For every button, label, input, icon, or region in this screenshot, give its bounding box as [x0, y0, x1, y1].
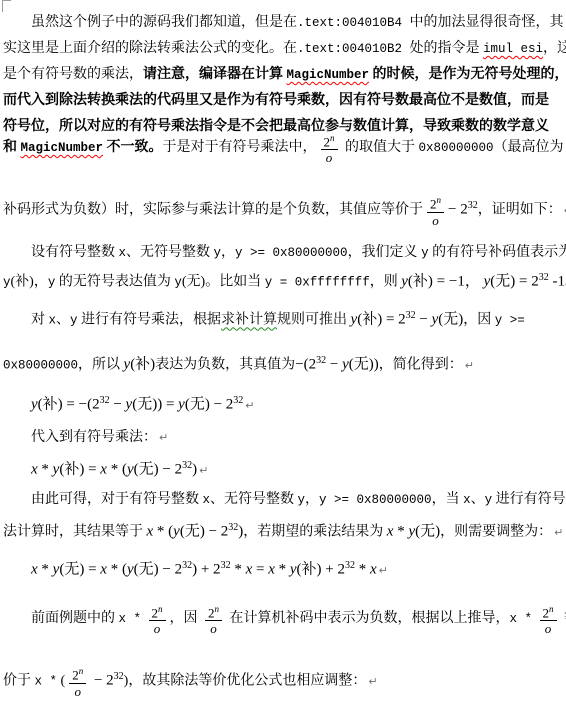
- math-superscript: 32: [114, 671, 124, 682]
- text-span: 、无符号整数: [210, 492, 298, 507]
- text-span: (: [57, 674, 65, 689]
- math-text: *: [275, 562, 290, 578]
- math-variable: y: [173, 524, 180, 540]
- fraction-exponent: n: [79, 666, 84, 676]
- paragraph-mark: ↵: [199, 464, 208, 477]
- document-page: { "page": { "background": "#ffffff" }, "…: [0, 0, 566, 709]
- text-line-math-continuation: 法计算时，其结果等于 x * (y(无) − 232)，若期望的乘法结果为 x …: [3, 513, 563, 548]
- math-text: -1: [549, 274, 565, 290]
- text-span: 设有符号整数: [31, 245, 119, 260]
- math-fraction: 2no: [69, 664, 86, 698]
- code-span-spellcheck: imul esi: [483, 42, 543, 56]
- text-line-math-continuation: 0x80000000，所以 y(补)表达为负数，其真值为−(232 − y(无)…: [3, 346, 474, 381]
- text-line-formula: x * y(补) = x * (y(无) − 232)↵: [31, 451, 208, 486]
- text-span: 进行有符号乘: [492, 492, 566, 507]
- text-span: 中的加法显得很奇怪，其: [410, 15, 564, 30]
- math-variable: x: [31, 562, 38, 578]
- math-superscript: 32: [406, 310, 416, 321]
- math-text: (无): [415, 524, 440, 540]
- math-text: (无) − 2: [134, 462, 182, 478]
- bold-text-span: 和: [3, 140, 21, 155]
- math-superscript: 32: [233, 395, 243, 406]
- text-span: （最高位为 1，: [494, 140, 566, 155]
- text-span: 等: [561, 611, 566, 626]
- math-variable: y: [290, 562, 297, 578]
- math-text: (补) =: [59, 462, 100, 478]
- text-span: 、: [56, 313, 70, 328]
- fraction-denominator: o: [69, 684, 86, 699]
- code-span: x: [119, 246, 127, 260]
- paragraph-mark: ↵: [368, 675, 377, 688]
- math-fraction: 2no: [321, 131, 338, 165]
- text-span: ，证明如下：: [478, 203, 562, 218]
- code-span: y >= 0x80000000: [235, 246, 348, 260]
- math-text: (补): [130, 357, 155, 373]
- code-span: y: [174, 276, 182, 290]
- math-text: − 2: [90, 673, 113, 689]
- text-span: 规则可推出: [277, 313, 351, 328]
- math-superscript: 32: [316, 355, 326, 366]
- fraction-exponent: n: [158, 604, 163, 614]
- text-line-fraction-line: 补码形式为负数）时，实际参与乘法计算的是个负数，其值应等价于2no− 232，证…: [3, 186, 566, 226]
- code-span: y: [70, 314, 78, 328]
- code-span: .text:004010B4: [297, 16, 410, 30]
- magicnumber-code-span: MagicNumber: [21, 141, 104, 155]
- math-text: ): [192, 462, 197, 478]
- fraction-numerator: 2n: [205, 602, 222, 621]
- math-text: (无) = 2: [490, 274, 538, 290]
- text-line-continuation: 是个有符号数的乘法，请注意，编译器在计算 MagicNumber 的时候，是作为…: [3, 62, 566, 88]
- text-span: 的无符号表达值为: [55, 275, 174, 290]
- math-variable: x: [100, 462, 107, 478]
- math-superscript: 32: [228, 522, 238, 533]
- math-text: *: [355, 562, 370, 578]
- math-text: *: [393, 524, 408, 540]
- text-span: 在计算机补码中表示为负数，根据以上推导，: [226, 611, 510, 626]
- text-span: (无)。比如当: [182, 275, 265, 290]
- math-variable: x: [268, 562, 275, 578]
- code-span: y >= 0x80000000: [319, 493, 432, 507]
- math-superscript: 32: [182, 560, 192, 571]
- math-text: (无)): [349, 357, 379, 373]
- paragraph-mark: ↵: [159, 431, 168, 444]
- fraction-numerator: 2n: [321, 131, 338, 150]
- magicnumber-code-span: MagicNumber: [287, 68, 370, 82]
- text-line-fraction-line: 和 MagicNumber 不一致。于是对于有符号乘法中，2no 的取值大于 0…: [3, 128, 566, 168]
- text-span: 实这里是上面介绍的除法转乘法公式的变化。在: [3, 41, 297, 56]
- math-text: (无)) =: [132, 397, 178, 413]
- code-span: y: [214, 246, 222, 260]
- text-line-formula: x * y(无) = x * (y(无) − 232) + 232 * x = …: [31, 551, 388, 586]
- text-span: ，因: [463, 313, 495, 328]
- bold-text-span: 而代入到除法转换乘法的代码里又是作为有符号乘数，因有符号数最高位不是数值，而是: [3, 93, 549, 108]
- math-text: (无) − 2: [185, 397, 233, 413]
- text-span: 虽然这个例子中的源码我们都知道，但是在: [31, 15, 297, 30]
- text-line-continuation: 实这里是上面介绍的除法转乘法公式的变化。在.text:004010B2 处的指令…: [3, 36, 566, 62]
- text-line-formula: y(补) = −(232 − y(无)) = y(无) − 232↵: [31, 386, 255, 421]
- text-line-indented-text: 代入到有符号乘法：↵: [31, 425, 168, 451]
- text-span: 进行有符号乘法，根据: [78, 313, 222, 328]
- math-text: * (: [107, 562, 127, 578]
- code-span: x: [203, 493, 211, 507]
- math-text: *: [38, 462, 53, 478]
- bold-text-span: 的时候，是作为无符号处理的，: [369, 67, 566, 82]
- text-span: ，: [221, 245, 235, 260]
- text-span: )，故其除法等价优化公式也相应调整：: [124, 674, 367, 689]
- math-variable: y: [178, 397, 185, 413]
- code-span: x: [49, 314, 57, 328]
- fraction-exponent: n: [215, 604, 220, 614]
- code-span: 0x80000000: [3, 359, 78, 373]
- text-span: ，所以: [78, 358, 124, 373]
- math-text: (无) =: [59, 562, 100, 578]
- text-span: 前面例题中的: [31, 611, 119, 626]
- code-span: y: [298, 493, 306, 507]
- text-span: ，这: [543, 41, 566, 56]
- text-span: 于是对于有符号乘法中，: [163, 140, 317, 155]
- text-span: ，因: [170, 611, 202, 626]
- math-fraction: 2no: [205, 602, 222, 636]
- math-text: * (: [153, 524, 173, 540]
- text-span: [141, 611, 145, 626]
- text-span: 价于: [3, 674, 35, 689]
- paragraph-mark: ↵: [554, 526, 563, 539]
- text-line-para-start: 虽然这个例子中的源码我们都知道，但是在.text:004010B4 中的加法显得…: [31, 10, 564, 36]
- fraction-denominator: o: [321, 150, 338, 165]
- math-text: (补) = 2: [357, 312, 405, 328]
- math-fraction: 2no: [540, 602, 557, 636]
- bold-text-span: 请注意，编译器在计算: [143, 67, 287, 82]
- code-span: .text:004010B2: [297, 42, 410, 56]
- math-text: (无): [438, 312, 463, 328]
- fraction-denominator: o: [540, 621, 557, 636]
- fraction-exponent: n: [549, 604, 554, 614]
- math-text: ) + 2: [192, 562, 220, 578]
- text-span: 、: [471, 492, 485, 507]
- code-span: x *: [510, 612, 533, 626]
- math-superscript: 32: [182, 460, 192, 471]
- math-variable: y: [31, 397, 38, 413]
- math-variable: x: [31, 462, 38, 478]
- math-variable: x: [370, 562, 377, 578]
- text-span: 的有符号补码值表示为: [429, 245, 566, 260]
- fraction-numerator: 2n: [540, 602, 557, 621]
- text-span: ，则需要调整为：: [440, 525, 552, 540]
- math-text: (补) = −1，: [408, 274, 484, 290]
- bold-text-span: 不一致。: [103, 140, 163, 155]
- math-superscript: 32: [221, 560, 231, 571]
- text-span: ，则: [370, 275, 402, 290]
- text-line-fraction-line: 前面例题中的 x * 2no，因 2no 在计算机补码中表示为负数，根据以上推导…: [31, 595, 566, 643]
- math-superscript: 32: [345, 560, 355, 571]
- text-line-para-start: 由此可得，对于有符号整数 x、无符号整数 y，y >= 0x80000000，当…: [31, 487, 566, 513]
- code-span: 0x80000000: [419, 141, 494, 155]
- math-superscript: 32: [539, 272, 549, 283]
- text-span: 是个有符号数的乘法，: [3, 67, 143, 82]
- math-text: (无) − 2: [134, 562, 182, 578]
- code-span: y: [421, 246, 429, 260]
- fraction-denominator: o: [427, 213, 444, 228]
- math-text: −: [326, 357, 342, 373]
- paragraph-mark: ↵: [465, 359, 474, 372]
- math-text: =: [252, 562, 268, 578]
- text-line-continuation: 而代入到除法转换乘法的代码里又是作为有符号乘数，因有符号数最高位不是数值，而是: [3, 88, 549, 114]
- code-span: x: [463, 493, 471, 507]
- text-span: 处的指令是: [410, 41, 484, 56]
- text-span: [532, 611, 536, 626]
- code-span: y >=: [495, 314, 525, 328]
- math-text: *: [38, 562, 53, 578]
- grammar-flagged-span: 求补计算: [221, 313, 277, 328]
- text-span: ，简化得到：: [379, 358, 463, 373]
- math-text: (补) + 2: [297, 562, 345, 578]
- text-span: 补码形式为负数）时，实际参与乘法计算的是个负数，其值应等价于: [3, 203, 423, 218]
- text-line-math-continuation: y(补)，y 的无符号表达值为 y(无)。比如当 y = 0xffffffff，…: [3, 263, 566, 298]
- text-span: 代入到有符号乘法：: [31, 430, 157, 445]
- text-span: ，: [305, 492, 319, 507]
- text-line-para-start: 对 x、y 进行有符号乘法，根据求补计算规则可推出 y(补) = 232 − y…: [31, 303, 525, 334]
- paragraph-mark: ↵: [245, 399, 254, 412]
- fraction-numerator: 2n: [69, 664, 86, 683]
- text-span: ，当: [432, 492, 464, 507]
- fraction-denominator: o: [205, 621, 222, 636]
- text-line-fraction-line: 价于 x * (2no − 232)，故其除法等价优化公式也相应调整：↵: [3, 653, 378, 701]
- paragraph-mark: ↵: [379, 564, 388, 577]
- text-span: ，我们定义: [348, 245, 422, 260]
- math-variable: y: [127, 462, 134, 478]
- math-superscript: 32: [100, 395, 110, 406]
- text-span: 法计算时，其结果等于: [3, 525, 147, 540]
- math-text: −: [416, 312, 432, 328]
- code-span: y: [3, 276, 11, 290]
- math-text: *: [231, 562, 246, 578]
- code-span: x *: [119, 612, 142, 626]
- text-span: 表达为负数，其真值为: [155, 358, 295, 373]
- math-variable: x: [100, 562, 107, 578]
- fraction-exponent: n: [437, 195, 442, 205]
- math-variable: y: [342, 357, 349, 373]
- math-text: * (: [107, 462, 127, 478]
- math-text: −: [110, 397, 126, 413]
- code-span: y: [485, 493, 493, 507]
- code-span: x *: [35, 675, 58, 689]
- math-text: (补) = −(2: [38, 397, 100, 413]
- text-span: 对: [31, 313, 49, 328]
- text-span: ，若期望的乘法结果为: [243, 525, 387, 540]
- math-variable: y: [127, 562, 134, 578]
- fraction-numerator: 2n: [427, 193, 444, 212]
- math-variable: y: [401, 274, 408, 290]
- text-span: 的取值大于: [342, 140, 419, 155]
- math-superscript: 32: [468, 200, 478, 211]
- text-span: 由此可得，对于有符号整数: [31, 492, 203, 507]
- fraction-exponent: n: [330, 133, 335, 143]
- fraction-denominator: o: [149, 621, 166, 636]
- math-text: − 2: [448, 202, 468, 218]
- math-text: −(2: [295, 357, 316, 373]
- math-fraction: 2no: [427, 193, 444, 227]
- page-boundary-corner-mark: [2, 0, 11, 12]
- code-span: y = 0xffffffff: [265, 276, 370, 290]
- math-fraction: 2no: [149, 602, 166, 636]
- text-span: 、无符号整数: [126, 245, 214, 260]
- math-text: (无) − 2: [180, 524, 228, 540]
- fraction-numerator: 2n: [149, 602, 166, 621]
- text-span: (补)，: [11, 275, 48, 290]
